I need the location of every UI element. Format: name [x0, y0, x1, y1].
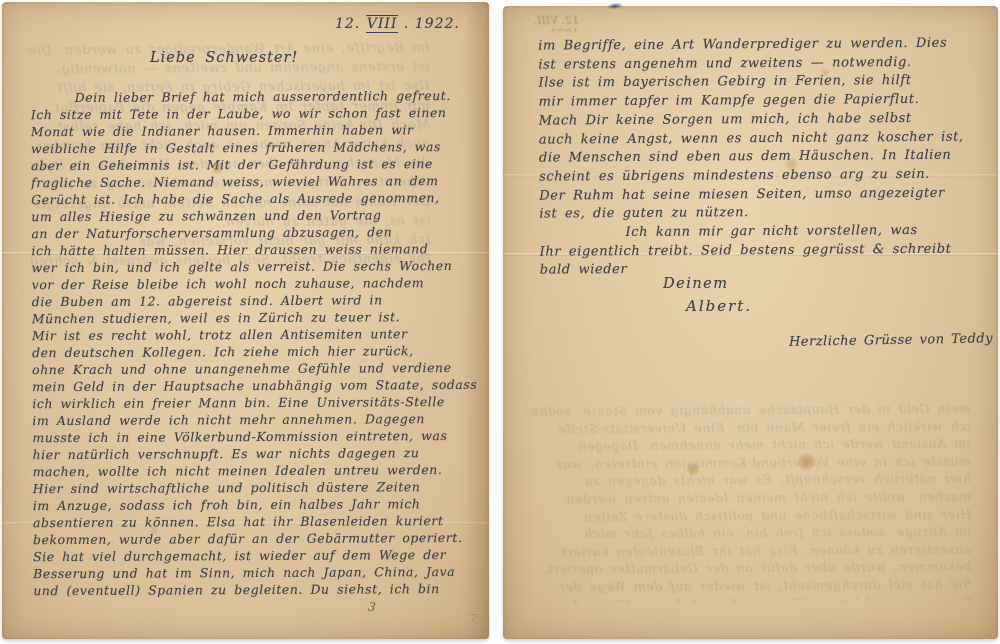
handwriting-line: ich wirklich ein freier Mann bin. Eine U… — [530, 417, 970, 438]
date-month-roman: VIII — [366, 15, 399, 33]
page1-body-text: Dein lieber Brief hat mich ausserordentl… — [31, 87, 486, 599]
letter-date: 12. VIII . 1922. — [335, 16, 460, 32]
handwriting-line: musste ich in eine Völkerbund-Kommission… — [531, 452, 971, 473]
letter-page-2: 12. VIII. 1922. im Begriffe, eine Art Wa… — [503, 6, 998, 639]
ink-smudge — [607, 2, 624, 10]
bleed-through-text: Dein lieber Brief hat mich ausserordentl… — [530, 400, 971, 603]
letter-scan: im Begriffe, eine Art Wanderprediger zu … — [0, 0, 1000, 644]
letter-page-1: im Begriffe, eine Art Wanderprediger zu … — [2, 2, 489, 639]
handwriting-line: ohne Krach und ohne unangenehme Gefühle … — [530, 400, 970, 402]
handwriting-line: bald wieder — [540, 259, 992, 281]
handwriting-line: hier natürlich verschnupft. Es war nicht… — [531, 470, 971, 491]
handwriting-line: und (eventuell) Spanien zu begleiten. Du… — [33, 580, 485, 599]
handwriting-line: machen, wollte ich nicht meinen Idealen … — [531, 488, 971, 509]
date-year: . 1922. — [404, 16, 460, 32]
handwriting-line: vor der Reise bleibe ich wohl noch zuhau… — [32, 274, 484, 293]
salutation: Liebe Schwester! — [150, 50, 298, 66]
paper-stain — [798, 452, 815, 471]
page2-body-text: im Begriffe, eine Art Wanderprediger zu … — [538, 34, 992, 280]
postscript-greeting: Herzliche Grüsse von Teddy — [789, 331, 993, 350]
handwriting-line: Besserung und hat im Sinn, mich nach Jap… — [532, 593, 972, 603]
paper-stain — [687, 462, 699, 476]
handwriting-line: Der Ruhm hat seine miesen Seiten, umso a… — [539, 184, 991, 206]
handwriting-line: bekommen, wurde aber dafür an der Gebärm… — [531, 558, 971, 579]
ink-page-mark: 3 — [367, 600, 377, 615]
handwriting-line: absentieren zu können. Elsa hat ihr Blas… — [531, 540, 971, 561]
handwriting-line: Gerücht ist. Ich habe die Sache als Ausr… — [31, 189, 483, 208]
handwriting-line: Hier sind wirtschaftliche und politisch … — [531, 505, 971, 526]
date-day: 12. — [335, 16, 360, 32]
handwriting-line: Ich sitze mit Tete in der Laube, wo wir … — [31, 104, 483, 123]
pencil-page-mark: 7 — [470, 612, 477, 625]
handwriting-line: mein Geld in der Hauptsache unabhängig v… — [530, 400, 970, 420]
signature: Albert. — [686, 297, 752, 315]
handwriting-line: Sie hat viel durchgemacht, ist wieder au… — [532, 575, 972, 596]
handwriting-line: im Begriffe, eine Art Wanderprediger zu … — [538, 34, 990, 56]
handwriting-line: im Ausland werde ich nicht mehr annehmen… — [531, 435, 971, 456]
handwriting-line: Ihr eigentlich treibt. Seid bestens gegr… — [540, 240, 992, 262]
bleed-through-date: 12. VIII. 1922. — [509, 14, 579, 32]
closing-word: Deinem — [663, 276, 729, 292]
handwriting-line: im Anzuge, sodass ich froh bin, ein halb… — [531, 523, 971, 544]
